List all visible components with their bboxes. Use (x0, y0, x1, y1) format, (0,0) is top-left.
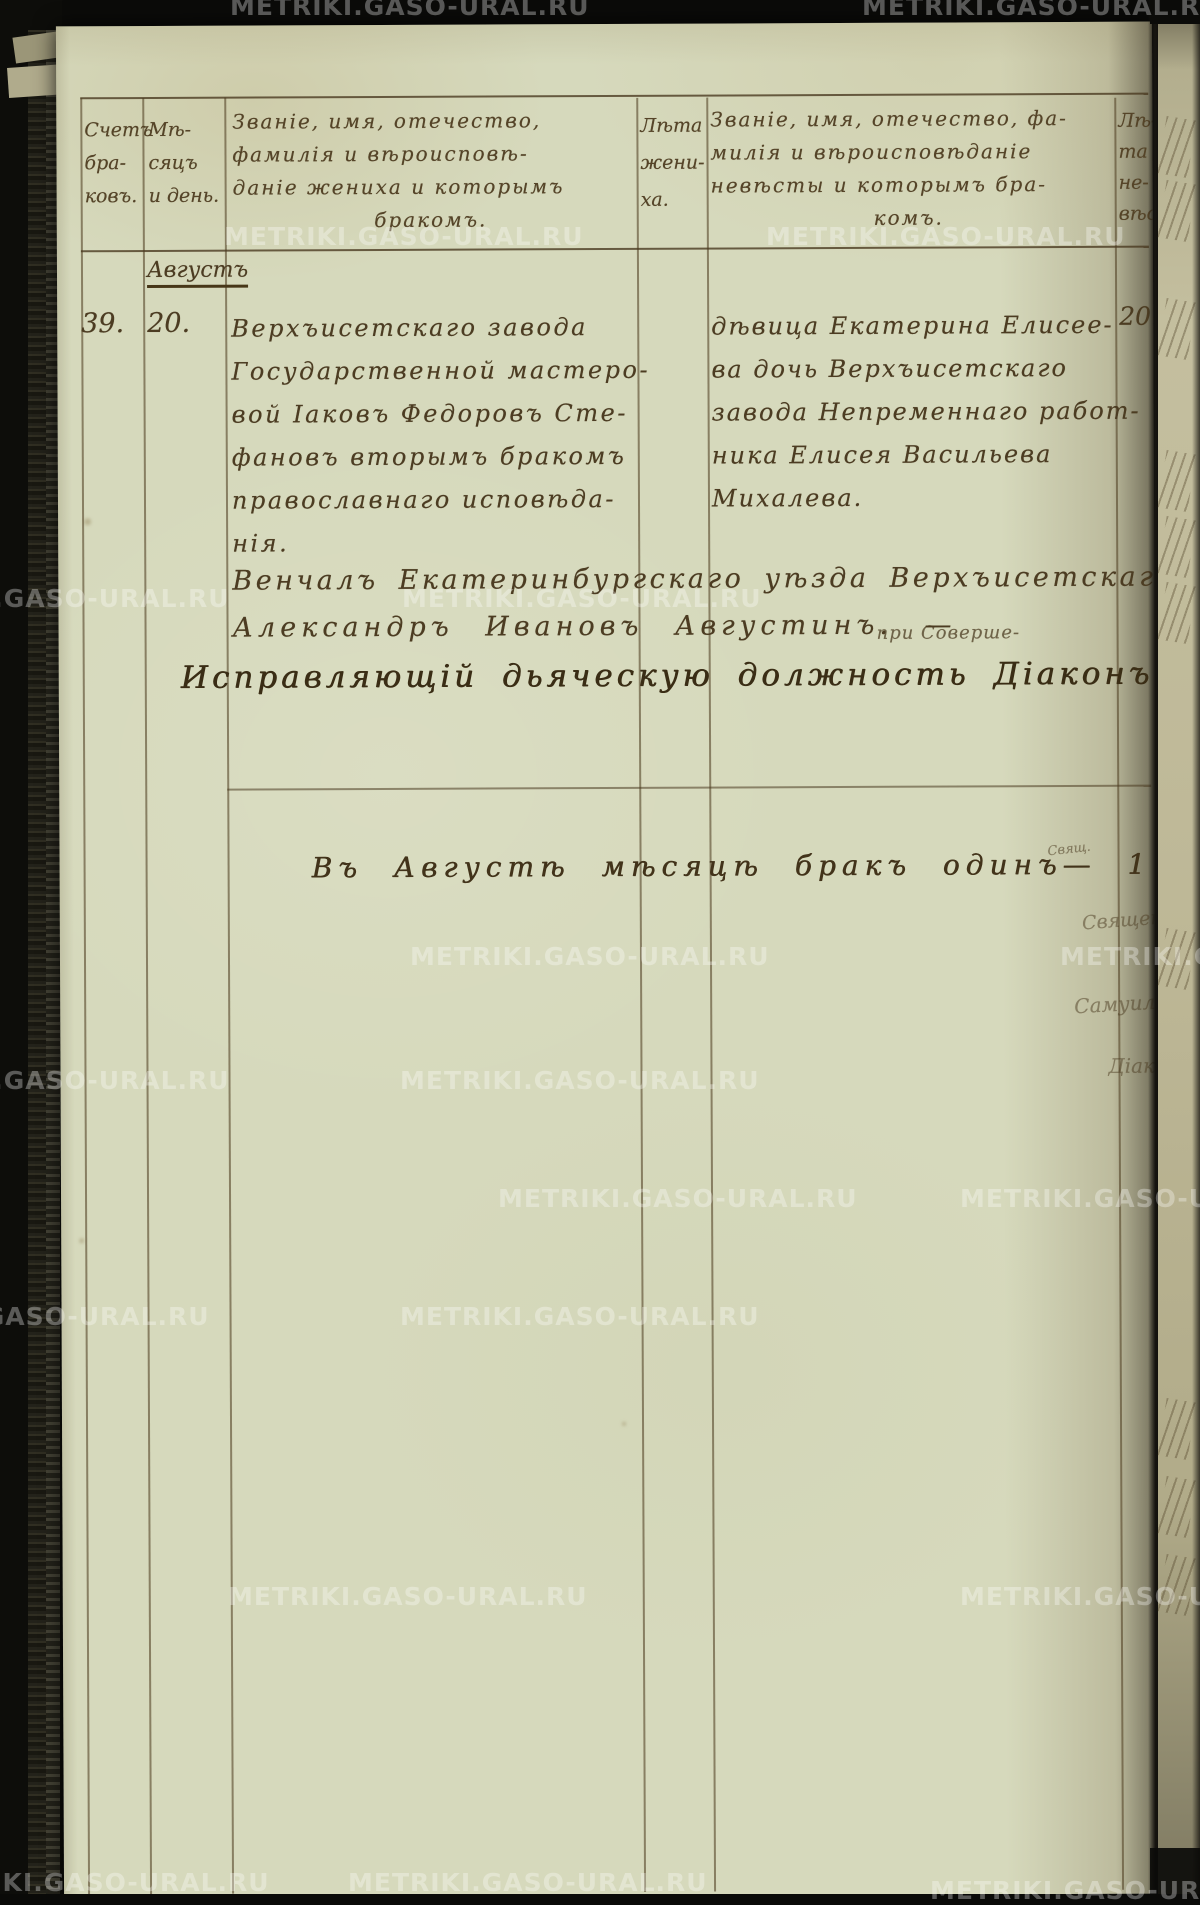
header-cell-bride-info: Званіе, имя, отечество, фа-милія и вѣрои… (710, 102, 1107, 236)
text-line: милія и вѣроисповѣданіе (710, 135, 1106, 170)
table-rule-horizontal (80, 93, 1148, 100)
register-page-paper: Счетъбра-ковъ. Мѣ-сяцъи день. Званіе, им… (56, 22, 1160, 1899)
clerk-line: Исправляющій дьяческую должность Діаконъ (181, 656, 1154, 696)
scan-corner (1150, 0, 1200, 24)
record-number: 39. (81, 308, 124, 339)
text-line: Званіе, имя, отечество, (232, 104, 628, 139)
fox-spot (622, 1422, 626, 1426)
watermark: METRIKI.GASO-URAL.RU (230, 0, 590, 21)
text-line: Счетъ (84, 114, 152, 147)
text-line: даніе жениха и которымъ (233, 170, 629, 205)
text-line: комъ. (711, 201, 1107, 236)
monthly-summary-line: Въ Августѣ мѣсяцѣ бракъ одинъ— 1 (312, 848, 1152, 885)
adjacent-page-edge (1158, 0, 1200, 1905)
edge-shade (1192, 0, 1200, 1905)
header-cell-marriage-count: Счетъбра-ковъ. (84, 114, 153, 213)
table-rule-horizontal (81, 246, 1149, 253)
month-section-label: Августъ (147, 258, 248, 288)
handwriting-fragment (1158, 1476, 1197, 1538)
groom-description: Верхъисетскаго заводаГосударственной мас… (231, 306, 634, 566)
officiant-line-1: Венчалъ Екатеринбургскаго уѣзда Верхъисе… (232, 561, 1160, 597)
header-cell-groom-age: Лѣтажени-ха. (640, 108, 704, 219)
officiant-note: при Соверше- (877, 622, 1021, 644)
text-line: православнаго исповѣда- (232, 478, 634, 523)
table-rule-vertical (142, 98, 152, 1894)
text-line: Званіе, имя, отечество, фа- (710, 102, 1106, 137)
header-cell-month-day: Мѣ-сяцъи день. (148, 114, 219, 213)
text-line: ковъ. (85, 180, 153, 213)
bride-description: дѣвица Екатерина Елисее-ва дочь Верхъисе… (711, 304, 1112, 521)
text-line: ника Елисея Васильева (712, 433, 1112, 478)
book-stack-edge (0, 0, 62, 1905)
text-line: и день. (149, 180, 220, 213)
text-line: бракомъ. (233, 203, 629, 238)
handwriting-fragment (1158, 116, 1197, 178)
text-line: бра- (84, 147, 152, 180)
header-cell-groom-info: Званіе, имя, отечество,фамилія и вѣроисп… (232, 104, 629, 238)
text-line: Михалева. (712, 476, 1112, 521)
text-line: жени- (640, 145, 704, 182)
text-line: дѣвица Екатерина Елисее- (711, 304, 1111, 349)
handwriting-fragment (1158, 180, 1197, 242)
text-line: ха. (641, 182, 705, 219)
fox-spot (84, 518, 91, 525)
text-line: Мѣ- (148, 114, 219, 147)
text-line: ва дочь Верхъисетскаго (711, 347, 1111, 392)
fox-spot (79, 1238, 84, 1243)
text-line: Государственной мастеро- (231, 349, 633, 394)
text-line: завода Непременнаго работ- (712, 390, 1112, 435)
text-line: фановъ вторымъ бракомъ (232, 435, 634, 480)
handwriting-fragment (1158, 516, 1197, 578)
handwriting-fragment (1158, 298, 1197, 360)
text-line: Лѣта (640, 108, 704, 145)
document-scan: Счетъбра-ковъ. Мѣ-сяцъи день. Званіе, им… (0, 0, 1200, 1905)
record-day: 20. (147, 308, 190, 339)
handwriting-fragment (1158, 582, 1197, 644)
text-line: сяцъ (148, 147, 219, 180)
handwriting-fragment (1158, 450, 1197, 512)
table-rule-horizontal (227, 785, 1151, 791)
scan-bottom-edge (0, 1894, 1200, 1905)
text-line: вой Іаковъ Федоровъ Сте- (232, 392, 634, 437)
text-line: фамилія и вѣроисповѣ- (232, 137, 628, 172)
officiant-line-2: Александръ Ивановъ Августинъ. — (232, 609, 956, 643)
text-line: невѣсты и которымъ бра- (711, 168, 1107, 203)
table-rule-vertical (80, 98, 90, 1894)
handwriting-fragment (1158, 928, 1197, 990)
handwriting-fragment (1158, 1398, 1197, 1460)
page-stack-texture (28, 30, 46, 1905)
handwriting-fragment (1158, 1554, 1197, 1616)
text-line: нія. (232, 521, 634, 566)
text-line: Верхъисетскаго завода (231, 306, 633, 351)
